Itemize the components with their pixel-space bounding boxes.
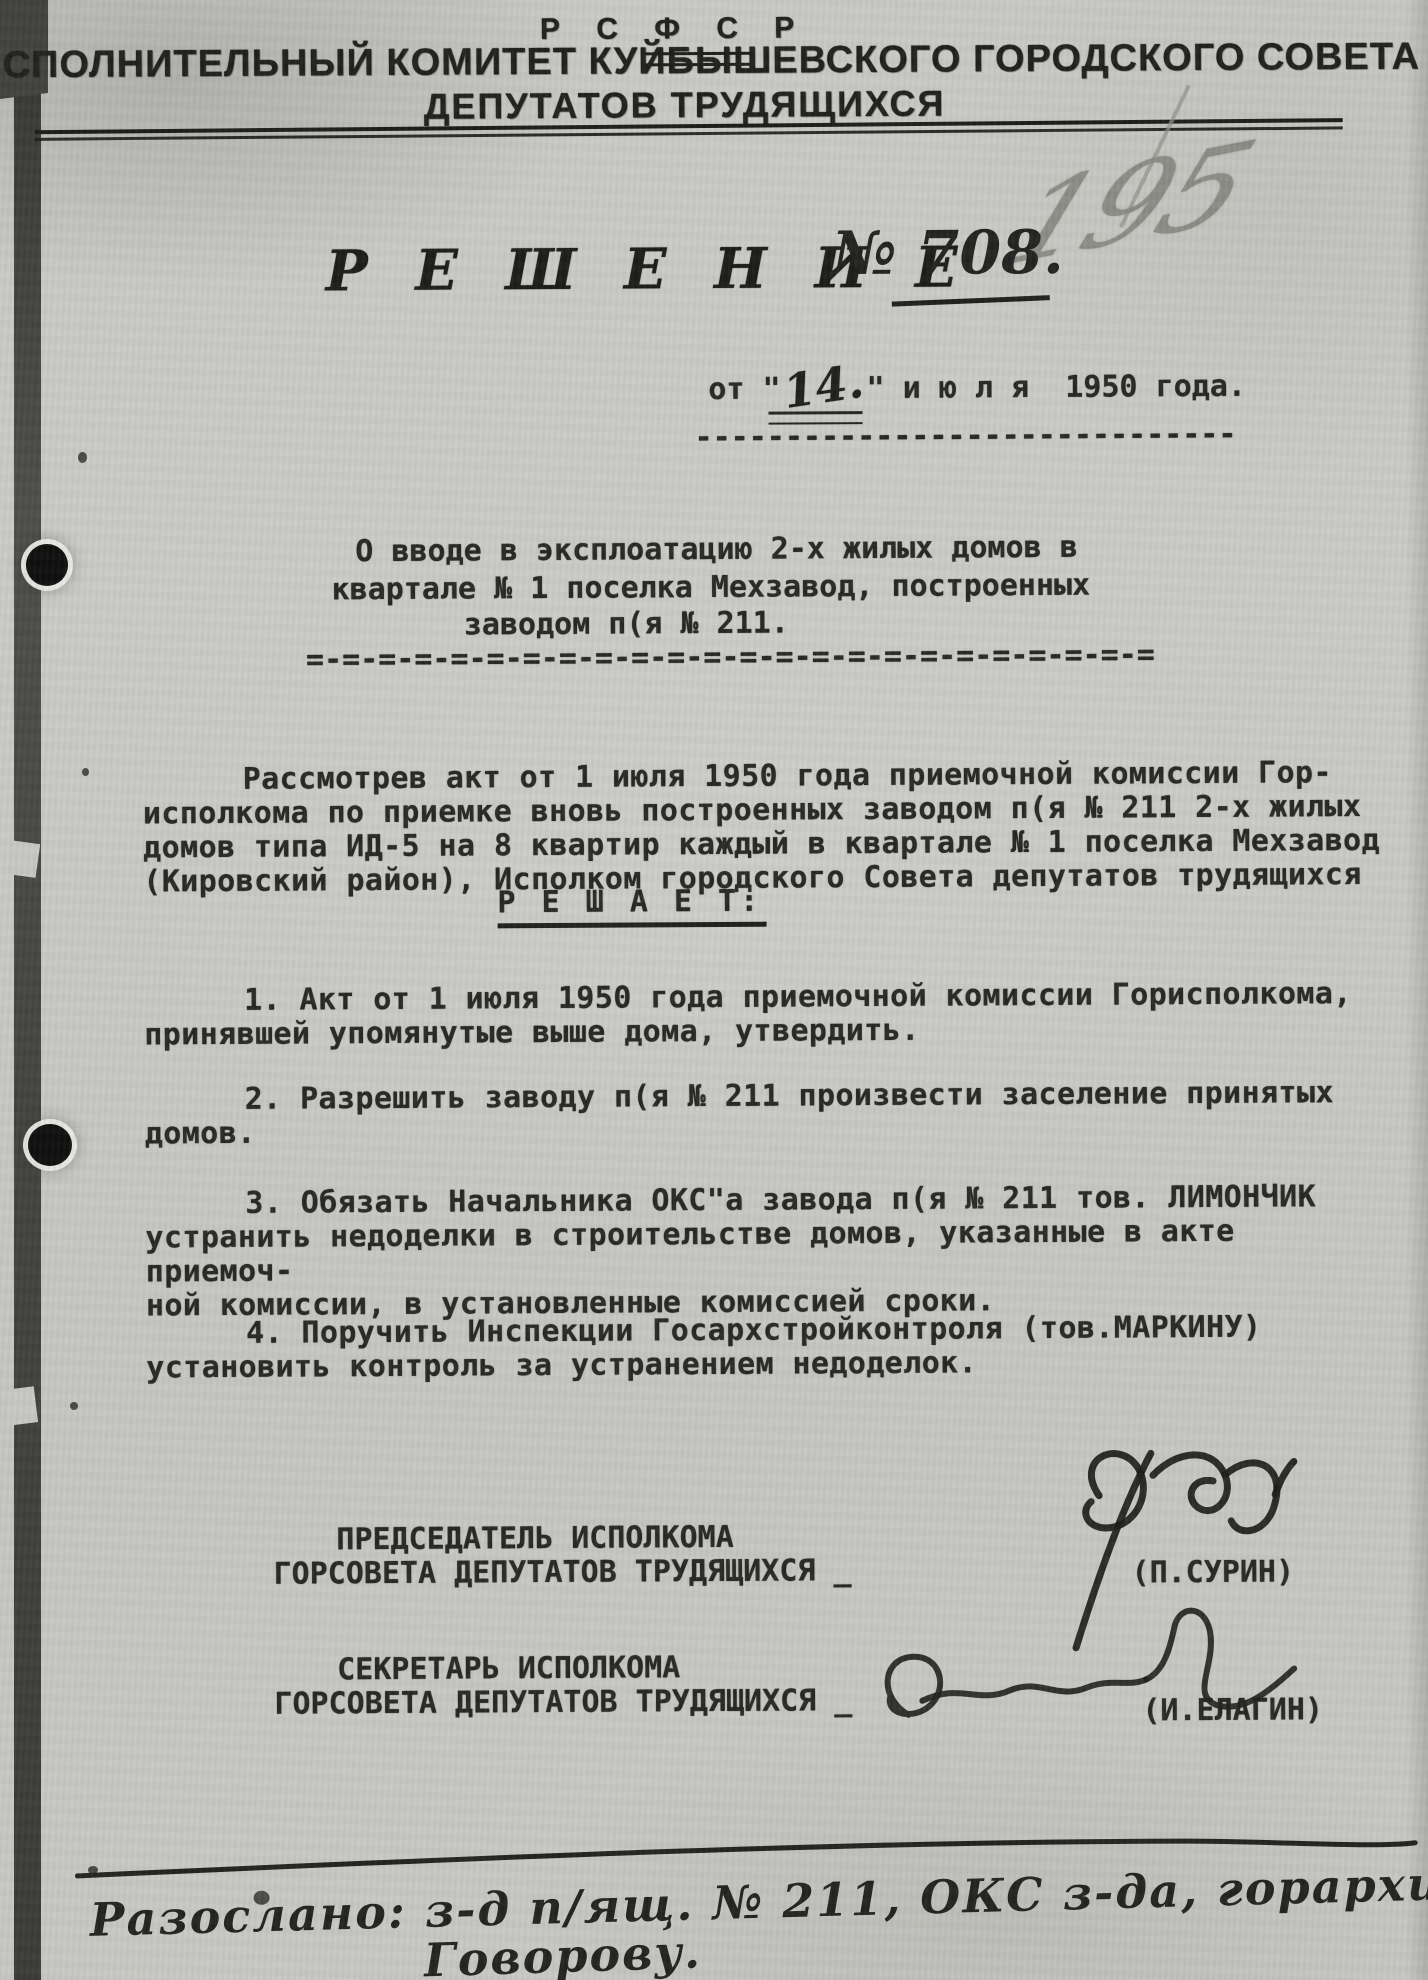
subject-line2: квартале № 1 поселка Мехзавод, построенн… [331, 568, 1090, 608]
date-line: от "14." и ю л я 1950 года. [708, 369, 1246, 407]
secretary-role-line1: СЕКРЕТАРЬ ИСПОЛКОМА [337, 1650, 680, 1687]
resolves-heading: Р Е Ш А Е Т: [497, 884, 766, 929]
secretary-role-line2: ГОРСОВЕТА ДЕПУТАТОВ ТРУДЯЩИХСЯ _ [274, 1683, 852, 1722]
intro-paragraph: Рассмотрев акт от 1 июля 1950 года прием… [143, 756, 1394, 900]
date-dashed-underline: ------------------------------ [695, 417, 1237, 455]
subject-line3: заводом п(я № 211. [464, 606, 789, 643]
scanned-document-page: Р С Ф С Р ИСПОЛНИТЕЛЬНЫЙ КОМИТЕТ КУЙБЫШЕ… [0, 0, 1428, 1980]
distribution-note-line2: Говорову. [423, 1924, 703, 1980]
committee-name-line1: ИСПОЛНИТЕЛЬНЫЙ КОМИТЕТ КУЙБЫШЕВСКОГО ГОР… [0, 36, 1402, 88]
decision-number-handwritten: № 708. [831, 218, 1064, 289]
decision-item-4: 4. Поручить Инспекции Госархстройконтрол… [146, 1310, 1396, 1386]
chairman-role-line1: ПРЕДСЕДАТЕЛЬ ИСПОЛКОМА [336, 1520, 734, 1557]
date-prefix: от " [708, 372, 780, 407]
date-day-handwritten: 14. [784, 381, 863, 393]
ink-blot [253, 1891, 269, 1905]
subject-separator: =-=-=-=-=-=-=-=-=-=-=-=-=-=-=-=-=-=-=-=-… [306, 637, 1155, 677]
subject-line1: О вводе в эксплоатацию 2-х жилых домов в [355, 530, 1078, 569]
decision-item-3: 3. Обязать Начальника ОКС"а завода п(я №… [145, 1180, 1396, 1324]
decision-item-2: 2. Разрешить заводу п(я № 211 произвести… [145, 1076, 1395, 1152]
document-content: Р С Ф С Р ИСПОЛНИТЕЛЬНЫЙ КОМИТЕТ КУЙБЫШЕ… [0, 0, 1428, 1980]
date-suffix: " и ю л я 1950 года. [867, 369, 1247, 406]
decision-item-1: 1. Акт от 1 июля 1950 года приемочной ко… [144, 977, 1394, 1053]
chairman-role-line2: ГОРСОВЕТА ДЕПУТАТОВ ТРУДЯЩИХСЯ _ [273, 1553, 851, 1592]
elagin-signature-ink [860, 1594, 1321, 1767]
